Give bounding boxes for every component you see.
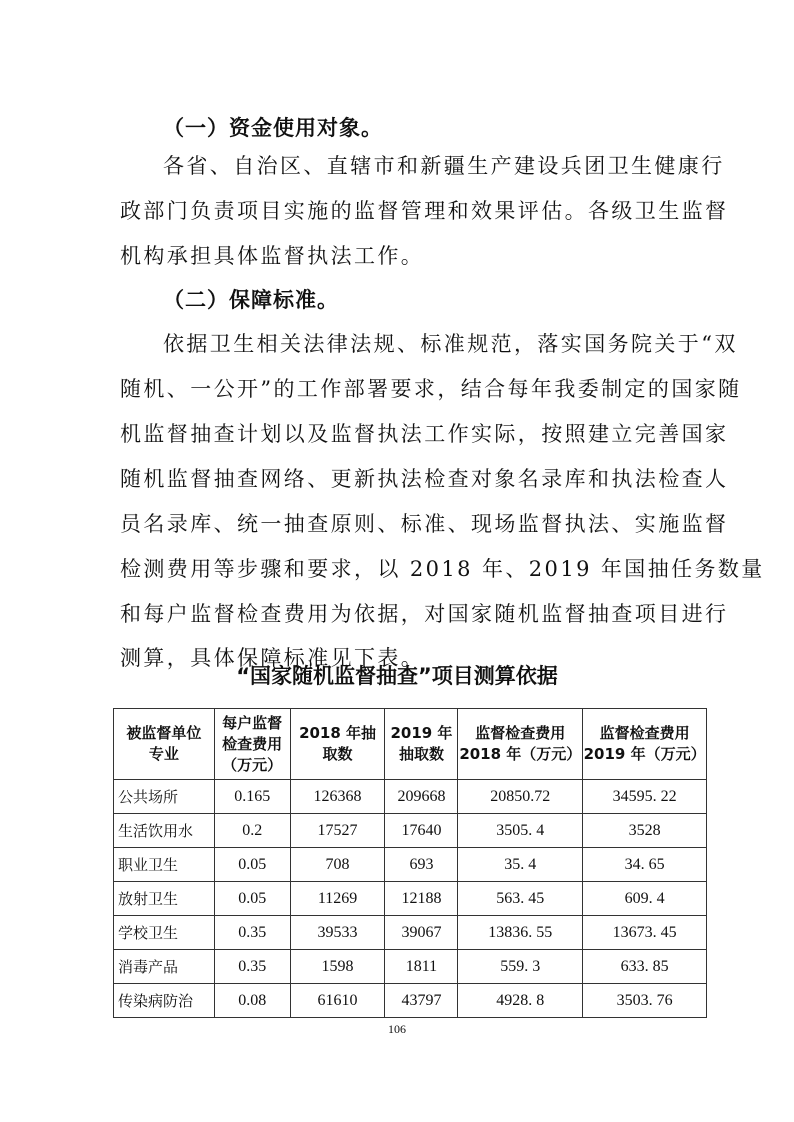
header-2018-count: 2018 年抽取数 (290, 709, 385, 780)
section-2-line-8: 测算，具体保障标准见下表。 (120, 642, 676, 672)
section-1-line-1: 各省、自治区、直辖市和新疆生产建设兵团卫生健康行 (163, 150, 676, 180)
table-row: 消毒产品0.3515981811559. 3633. 85 (114, 950, 707, 984)
header-unit-type: 被监督单位专业 (114, 709, 215, 780)
header-2018-cost: 监督检查费用2018 年（万元） (458, 709, 583, 780)
cell-value: 563. 45 (458, 882, 583, 916)
section-2-line-4: 随机监督抽查网络、更新执法检查对象名录库和执法检查人 (120, 463, 676, 493)
cell-value: 12188 (385, 882, 458, 916)
cell-unit-type: 生活饮用水 (114, 814, 215, 848)
cell-value: 34. 65 (583, 848, 707, 882)
cell-value: 13836. 55 (458, 916, 583, 950)
header-2019-cost: 监督检查费用2019 年（万元） (583, 709, 707, 780)
cell-value: 708 (290, 848, 385, 882)
table-row: 传染病防治0.0861610437974928. 83503. 76 (114, 984, 707, 1018)
cell-value: 17527 (290, 814, 385, 848)
cell-unit-type: 传染病防治 (114, 984, 215, 1018)
cell-unit-type: 职业卫生 (114, 848, 215, 882)
table-row: 放射卫生0.051126912188563. 45609. 4 (114, 882, 707, 916)
cell-value: 0.05 (214, 882, 290, 916)
table-row: 学校卫生0.35395333906713836. 5513673. 45 (114, 916, 707, 950)
cell-value: 17640 (385, 814, 458, 848)
cell-value: 20850.72 (458, 780, 583, 814)
cell-value: 0.05 (214, 848, 290, 882)
cell-value: 4928. 8 (458, 984, 583, 1018)
section-2-heading: （二）保障标准。 (163, 284, 339, 314)
cell-value: 1811 (385, 950, 458, 984)
cell-value: 633. 85 (583, 950, 707, 984)
cell-value: 1598 (290, 950, 385, 984)
section-2-line-1: 依据卫生相关法律法规、标准规范，落实国务院关于“双 (163, 328, 676, 358)
header-text: 监督检查费用 (458, 723, 582, 744)
header-text: 专业 (114, 744, 214, 765)
header-text: 抽取数 (385, 744, 457, 765)
table-row: 公共场所0.16512636820966820850.7234595. 22 (114, 780, 707, 814)
table-row: 职业卫生0.0570869335. 434. 65 (114, 848, 707, 882)
cell-value: 609. 4 (583, 882, 707, 916)
cell-value: 11269 (290, 882, 385, 916)
section-2-line-7: 和每户监督检查费用为依据，对国家随机监督抽查项目进行 (120, 598, 676, 628)
budget-basis-table: 被监督单位专业 每户监督检查费用（万元） 2018 年抽取数 2019 年抽取数… (113, 708, 707, 1018)
table-header-row: 被监督单位专业 每户监督检查费用（万元） 2018 年抽取数 2019 年抽取数… (114, 709, 707, 780)
cell-value: 559. 3 (458, 950, 583, 984)
cell-unit-type: 公共场所 (114, 780, 215, 814)
header-text: 2019 年 (385, 723, 457, 744)
section-2-line-5: 员名录库、统一抽查原则、标准、现场监督执法、实施监督 (120, 508, 676, 538)
section-1-line-3: 机构承担具体监督执法工作。 (120, 240, 676, 270)
header-2019-count: 2019 年抽取数 (385, 709, 458, 780)
section-2-line-3: 机监督抽查计划以及监督执法工作实际，按照建立完善国家 (120, 418, 676, 448)
header-text: 每户监督 (215, 713, 290, 734)
header-cost-per-unit: 每户监督检查费用（万元） (214, 709, 290, 780)
cell-value: 43797 (385, 984, 458, 1018)
document-page: （一）资金使用对象。 各省、自治区、直辖市和新疆生产建设兵团卫生健康行 政部门负… (0, 0, 794, 1122)
header-text: 2019 年（万元） (583, 744, 706, 765)
header-text: 被监督单位 (114, 723, 214, 744)
cell-value: 3503. 76 (583, 984, 707, 1018)
cell-unit-type: 放射卫生 (114, 882, 215, 916)
cell-value: 35. 4 (458, 848, 583, 882)
cell-value: 13673. 45 (583, 916, 707, 950)
cell-value: 126368 (290, 780, 385, 814)
cell-value: 61610 (290, 984, 385, 1018)
cell-value: 0.35 (214, 916, 290, 950)
cell-value: 0.35 (214, 950, 290, 984)
cell-value: 0.165 (214, 780, 290, 814)
header-text: 2018 年抽 (291, 723, 385, 744)
cell-value: 0.2 (214, 814, 290, 848)
cell-value: 209668 (385, 780, 458, 814)
cell-value: 34595. 22 (583, 780, 707, 814)
section-2-line-6: 检测费用等步骤和要求，以 2018 年、2019 年国抽任务数量 (120, 553, 676, 583)
header-text: 2018 年（万元） (458, 744, 582, 765)
section-1-line-2: 政部门负责项目实施的监督管理和效果评估。各级卫生监督 (120, 195, 676, 225)
cell-value: 39533 (290, 916, 385, 950)
cell-value: 693 (385, 848, 458, 882)
cell-value: 3505. 4 (458, 814, 583, 848)
cell-unit-type: 学校卫生 (114, 916, 215, 950)
header-text: 检查费用 (215, 734, 290, 755)
page-number: 106 (0, 1022, 794, 1037)
section-1-heading: （一）资金使用对象。 (163, 112, 383, 142)
table-row: 生活饮用水0.217527176403505. 43528 (114, 814, 707, 848)
section-2-line-2: 随机、一公开”的工作部署要求，结合每年我委制定的国家随 (120, 373, 676, 403)
cell-value: 39067 (385, 916, 458, 950)
cell-value: 3528 (583, 814, 707, 848)
header-text: 监督检查费用 (583, 723, 706, 744)
header-text: （万元） (215, 755, 290, 776)
header-text: 取数 (291, 744, 385, 765)
cell-unit-type: 消毒产品 (114, 950, 215, 984)
cell-value: 0.08 (214, 984, 290, 1018)
